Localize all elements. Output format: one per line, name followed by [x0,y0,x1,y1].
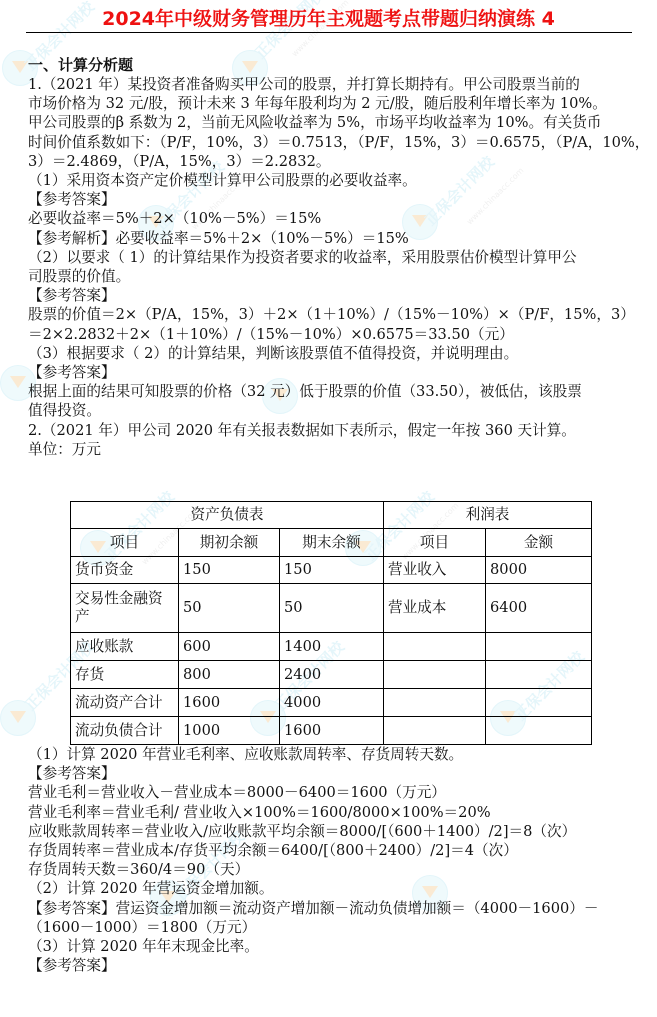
financial-data-table: 资产负债表 利润表 项目 期初余额 期末余额 项目 金额 货币资金 150 15… [70,501,592,745]
q1-answer: 必要收益率＝5%＋2×（10%－5%）＝15% [28,209,634,228]
question-1-section: 一、计算分析题 1.（2021 年）某投资者准备购买甲公司的股票，并打算长期持有… [28,55,634,459]
title-underline [26,32,632,33]
table-cell [384,633,486,661]
balance-sheet-title: 资产负债表 [71,502,384,529]
table-cell [384,717,486,745]
table-cell [486,633,592,661]
reference-answer-label: 【参考答案】 [28,190,634,209]
section-heading: 一、计算分析题 [28,55,634,75]
table-cell: 1000 [179,717,280,745]
column-header: 金额 [486,529,592,557]
q2-intro: 2.（2021 年）甲公司 2020 年有关报表数据如下表所示，假定一年按 36… [28,421,634,440]
table-cell: 150 [280,557,384,584]
table-cell [384,689,486,717]
table-row: 货币资金 150 150 营业收入 8000 [71,557,592,584]
table-group-header-row: 资产负债表 利润表 [71,502,592,529]
table-cell [486,661,592,689]
table-cell [384,661,486,689]
table-row: 应收账款 600 1400 [71,633,592,661]
q2-answer: 营业毛利率＝营业毛利/ 营业收入×100%＝1600/8000×100%＝20% [28,803,634,822]
q1-subquestion: （2）以要求（ 1）的计算结果作为投资者要求的收益率，采用股票估价模型计算甲公 [28,248,634,267]
q1-line: 1.（2021 年）某投资者准备购买甲公司的股票，并打算长期持有。甲公司股票当前… [28,75,634,94]
table-cell: 营业收入 [384,557,486,584]
q2-answer: （1600－1000）＝1800（万元） [28,918,634,937]
column-header: 期末余额 [280,529,384,557]
document-title: 2024年中级财务管理历年主观题考点带题归纳演练 4 [0,4,657,31]
table-cell: 50 [179,584,280,633]
q2-subquestion: （2）计算 2020 年营运资金增加额。 [28,879,634,898]
table-cell: 交易性金融资产 [71,584,179,633]
income-statement-title: 利润表 [384,502,592,529]
table-cell: 800 [179,661,280,689]
q1-subquestion: （3）根据要求（ 2）的计算结果，判断该股票值不值得投资，并说明理由。 [28,344,634,363]
q2-answer: 存货周转率＝营业成本/存货平均余额＝6400/[（800＋2400）/2]＝4（… [28,841,634,860]
table-cell: 存货 [71,661,179,689]
q2-answer: 【参考答案】营运资金增加额＝流动资产增加额－流动负债增加额＝（4000－1600… [28,899,634,918]
column-header: 项目 [71,529,179,557]
table-cell: 8000 [486,557,592,584]
unit-label: 单位：万元 [28,440,634,459]
q1-answer: 根据上面的结果可知股票的价格（32 元）低于股票的价值（33.50），被低估，该… [28,382,634,401]
table-cell: 1400 [280,633,384,661]
table-cell: 流动资产合计 [71,689,179,717]
table-cell: 1600 [179,689,280,717]
table-header-row: 项目 期初余额 期末余额 项目 金额 [71,529,592,557]
q2-answer: 营业毛利＝营业收入－营业成本＝8000－6400＝1600（万元） [28,783,634,802]
table-cell [486,717,592,745]
reference-answer-label: 【参考答案】 [28,764,634,783]
table-cell: 流动负债合计 [71,717,179,745]
q2-subquestion: （3）计算 2020 年年末现金比率。 [28,937,634,956]
reference-answer-label: 【参考答案】 [28,286,634,305]
q2-answer: 存货周转天数＝360/4＝90（天） [28,860,634,879]
table-cell: 6400 [486,584,592,633]
table-row: 交易性金融资产 50 50 营业成本 6400 [71,584,592,633]
table-cell: 50 [280,584,384,633]
reference-analysis: 【参考解析】必要收益率＝5%＋2×（10%－5%）＝15% [28,229,634,248]
question-2-answers: （1）计算 2020 年营业毛利率、应收账款周转率、存货周转天数。 【参考答案】… [28,745,634,975]
column-header: 项目 [384,529,486,557]
table-row: 存货 800 2400 [71,661,592,689]
table-cell: 600 [179,633,280,661]
q1-line: 3）＝2.4869，（P/A，15%，3）＝2.2832。 [28,152,634,171]
table-cell: 应收账款 [71,633,179,661]
q2-answer: 应收账款周转率＝营业收入/应收账款平均余额＝8000/[（600＋1400）/2… [28,822,634,841]
reference-answer-label: 【参考答案】 [28,956,634,975]
table-row: 流动资产合计 1600 4000 [71,689,592,717]
table-cell: 营业成本 [384,584,486,633]
q1-subquestion: 司股票的价值。 [28,267,634,286]
table-cell: 1600 [280,717,384,745]
q1-line: 市场价格为 32 元/股，预计未来 3 年每年股利均为 2 元/股，随后股利年增… [28,94,634,113]
q1-subquestion: （1）采用资本资产定价模型计算甲公司股票的必要收益率。 [28,171,634,190]
table-cell: 2400 [280,661,384,689]
table-cell [486,689,592,717]
column-header: 期初余额 [179,529,280,557]
table-cell: 货币资金 [71,557,179,584]
q1-answer: 股票的价值＝2×（P/A，15%，3）＋2×（1＋10%）/（15%－10%）×… [28,305,634,324]
reference-answer-label: 【参考答案】 [28,363,634,382]
q1-line: 甲公司股票的β 系数为 2，当前无风险收益率为 5%，市场平均收益率为 10%。… [28,113,634,132]
q1-answer: 值得投资。 [28,401,634,420]
table-row: 流动负债合计 1000 1600 [71,717,592,745]
q2-subquestion: （1）计算 2020 年营业毛利率、应收账款周转率、存货周转天数。 [28,745,634,764]
q1-answer: ＝2×2.2832＋2×（1＋10%）/（15%－10%）×0.6575＝33.… [28,325,634,344]
table-cell: 4000 [280,689,384,717]
q1-line: 时间价值系数如下：（P/F，10%，3）＝0.7513，（P/F，15%，3）＝… [28,133,634,152]
table-cell: 150 [179,557,280,584]
